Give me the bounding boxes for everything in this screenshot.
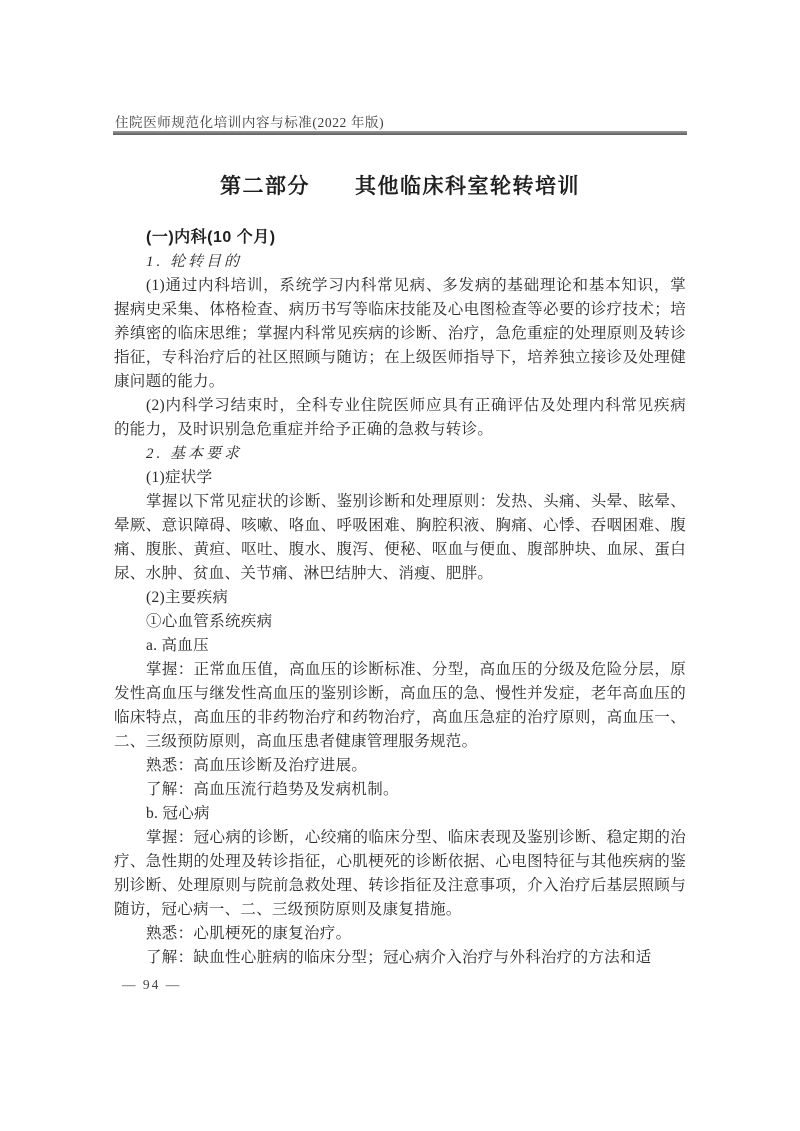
body-paragraph: b. 冠心病 <box>114 802 686 826</box>
body-paragraph: a. 高血压 <box>114 634 686 658</box>
running-header-text: 住院医师规范化培训内容与标准(2022 年版) <box>115 115 384 130</box>
body-paragraph: (2)内科学习结束时，全科专业住院医师应具有正确评估及处理内科常见疾病的能力，及… <box>114 394 686 442</box>
page-footer: — 94 — <box>122 977 181 993</box>
header-rule <box>113 131 687 135</box>
body-paragraph: 了解：高血压流行趋势及发病机制。 <box>114 778 686 802</box>
page-number: — 94 — <box>122 977 181 992</box>
section-heading: (一)内科(10 个月) <box>114 226 686 250</box>
body-paragraph: 掌握：正常血压值，高血压的诊断标准、分型，高血压的分级及危险分层，原发性高血压与… <box>114 658 686 754</box>
subsection-heading-basic-requirements: 2. 基本要求 <box>114 442 686 466</box>
body-paragraph: (1)通过内科培训，系统学习内科常见病、多发病的基础理论和基本知识，掌握病史采集… <box>114 274 686 394</box>
body-paragraph: 掌握：冠心病的诊断，心绞痛的临床分型、临床表现及鉴别诊断、稳定期的治疗、急性期的… <box>114 826 686 922</box>
body-paragraph: ①心血管系统疾病 <box>114 610 686 634</box>
body-paragraph: 熟悉：高血压诊断及治疗进展。 <box>114 754 686 778</box>
body-paragraph: (2)主要疾病 <box>114 586 686 610</box>
running-header: 住院医师规范化培训内容与标准(2022 年版) <box>115 111 687 131</box>
body-paragraph: (1)症状学 <box>114 466 686 490</box>
body-paragraph: 熟悉：心肌梗死的康复治疗。 <box>114 922 686 946</box>
body-paragraph: 掌握以下常见症状的诊断、鉴别诊断和处理原则：发热、头痛、头晕、眩晕、晕厥、意识障… <box>114 490 686 586</box>
document-page: 住院医师规范化培训内容与标准(2022 年版) 第二部分 其他临床科室轮转培训 … <box>0 0 800 1131</box>
body-paragraph: 了解：缺血性心脏病的临床分型；冠心病介入治疗与外科治疗的方法和适 <box>114 946 686 970</box>
part-title: 第二部分 其他临床科室轮转培训 <box>114 172 686 200</box>
page-content: (一)内科(10 个月) 1. 轮转目的 (1)通过内科培训，系统学习内科常见病… <box>114 226 686 970</box>
subsection-heading-rotation-goal: 1. 轮转目的 <box>114 250 686 274</box>
